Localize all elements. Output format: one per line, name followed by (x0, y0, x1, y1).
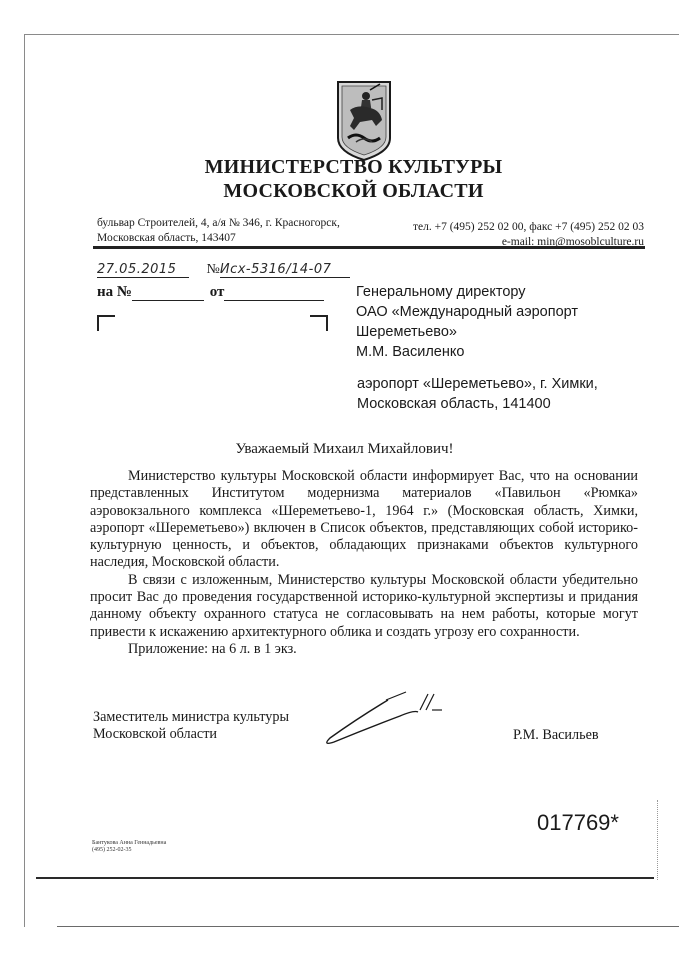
reply-from-label: от (210, 284, 225, 300)
ministry-title-line2: МОСКОВСКОЙ ОБЛАСТИ (0, 179, 679, 203)
recipient-line3: Шереметьево» (356, 322, 578, 342)
recipient-block: Генеральному директору ОАО «Международны… (356, 282, 578, 342)
recipient-address-line1: аэропорт «Шереметьево», г. Химки, (357, 374, 598, 394)
letter-body: Министерство культуры Московской области… (90, 468, 638, 658)
address-line1: бульвар Строителей, 4, а/я № 346, г. Кра… (97, 216, 340, 231)
reply-reference-line: на № от (97, 284, 324, 301)
coat-of-arms-icon (336, 80, 392, 162)
sheet-border-bottom (57, 926, 679, 927)
recipient-line2: ОАО «Международный аэропорт (356, 302, 578, 322)
header-rule (93, 246, 645, 249)
signer-title-line2: Московской области (93, 726, 289, 743)
body-paragraph-1: Министерство культуры Московской области… (90, 468, 638, 572)
executor-name: Бантукова Анна Геннадьевна (92, 840, 166, 847)
handwritten-signature (318, 688, 498, 748)
salutation: Уважаемый Михаил Михайлович! (0, 441, 679, 458)
ministry-title-line1: МИНИСТЕРСТВО КУЛЬТУРЫ (0, 155, 679, 179)
signer-title-line1: Заместитель министра культуры (93, 709, 289, 726)
ministry-address: бульвар Строителей, 4, а/я № 346, г. Кра… (97, 216, 340, 246)
corner-mark-right (310, 315, 328, 331)
recipient-address-line2: Московская область, 141400 (357, 394, 598, 414)
signer-name: Р.М. Васильев (513, 727, 599, 744)
ministry-title: МИНИСТЕРСТВО КУЛЬТУРЫ МОСКОВСКОЙ ОБЛАСТИ (0, 155, 679, 203)
body-paragraph-2: В связи с изложенным, Министерство культ… (90, 572, 638, 641)
attachment-note: Приложение: на 6 л. в 1 экз. (90, 641, 638, 658)
executor-info: Бантукова Анна Геннадьевна (495) 252-02-… (92, 840, 166, 854)
scan-edge-mark (657, 800, 659, 880)
bottom-rule (36, 877, 654, 879)
sheet-border-top (24, 34, 679, 35)
outgoing-number: Исх-5316/14-07 (220, 262, 350, 278)
reply-to-field (132, 286, 204, 301)
outgoing-date: 27.05.2015 (97, 262, 189, 278)
executor-phone: (495) 252-02-35 (92, 847, 166, 854)
address-line2: Московская область, 143407 (97, 231, 340, 246)
recipient-name: М.М. Василенко (356, 344, 464, 360)
phone-fax: тел. +7 (495) 252 02 00, факс +7 (495) 2… (413, 220, 644, 235)
reply-from-field (224, 286, 324, 301)
reply-to-label: на № (97, 284, 132, 300)
registration-line: 27.05.2015 №Исх-5316/14-07 (97, 262, 350, 280)
signer-title: Заместитель министра культуры Московской… (93, 709, 289, 743)
recipient-line1: Генеральному директору (356, 282, 578, 302)
document-serial-number: 017769* (537, 810, 619, 836)
corner-mark-left (97, 315, 115, 331)
recipient-address: аэропорт «Шереметьево», г. Химки, Москов… (357, 374, 598, 414)
number-prefix: № (207, 262, 220, 277)
